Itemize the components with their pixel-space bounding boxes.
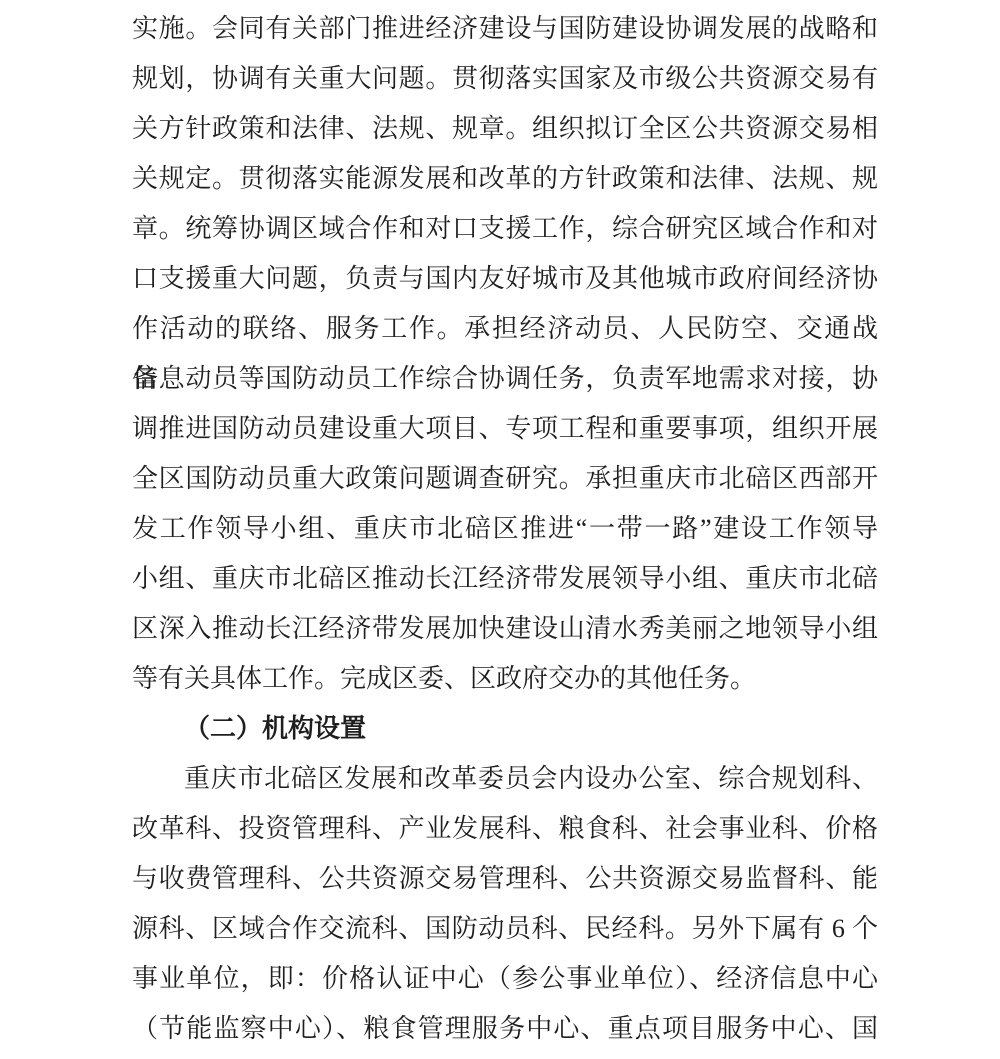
- text-line: 全区国防动员重大政策问题调查研究。承担重庆市北碚区西部开: [132, 454, 878, 504]
- text-line: 作活动的联络、服务工作。承担经济动员、人民防空、交通战备、: [132, 304, 878, 354]
- section-heading: （二）机构设置: [132, 704, 878, 754]
- text-line: 关规定。贯彻落实能源发展和改革的方针政策和法律、法规、规: [132, 154, 878, 204]
- text-line: 章。统筹协调区域合作和对口支援工作，综合研究区域合作和对: [132, 204, 878, 254]
- text-line: 改革科、投资管理科、产业发展科、粮食科、社会事业科、价格: [132, 804, 878, 854]
- text-line: 关方针政策和法律、法规、规章。组织拟订全区公共资源交易相: [132, 104, 878, 154]
- text-line: 规划，协调有关重大问题。贯彻落实国家及市级公共资源交易有: [132, 54, 878, 104]
- text-line: （节能监察中心）、粮食管理服务中心、重点项目服务中心、国: [132, 1004, 878, 1054]
- text-line: 源科、区域合作交流科、国防动员科、民经科。另外下属有 6 个: [132, 904, 878, 954]
- text-line: 实施。会同有关部门推进经济建设与国防建设协调发展的战略和: [132, 4, 878, 54]
- text-line: 与收费管理科、公共资源交易管理科、公共资源交易监督科、能: [132, 854, 878, 904]
- text-line: 等有关具体工作。完成区委、区政府交办的其他任务。: [132, 654, 878, 704]
- text-line: 发工作领导小组、重庆市北碚区推进“一带一路”建设工作领导: [132, 504, 878, 554]
- text-line: 口支援重大问题，负责与国内友好城市及其他城市政府间经济协: [132, 254, 878, 304]
- text-line: 事业单位，即：价格认证中心（参公事业单位）、经济信息中心: [132, 954, 878, 1004]
- document-text: 实施。会同有关部门推进经济建设与国防建设协调发展的战略和规划，协调有关重大问题。…: [132, 4, 878, 1054]
- text-line: 信息动员等国防动员工作综合协调任务，负责军地需求对接，协: [132, 354, 878, 404]
- text-line: 区深入推动长江经济带发展加快建设山清水秀美丽之地领导小组: [132, 604, 878, 654]
- document-page: 实施。会同有关部门推进经济建设与国防建设协调发展的战略和规划，协调有关重大问题。…: [0, 0, 1000, 1059]
- text-line: 重庆市北碚区发展和改革委员会内设办公室、综合规划科、: [132, 754, 878, 804]
- text-line: 调推进国防动员建设重大项目、专项工程和重要事项，组织开展: [132, 404, 878, 454]
- text-line: 小组、重庆市北碚区推动长江经济带发展领导小组、重庆市北碚: [132, 554, 878, 604]
